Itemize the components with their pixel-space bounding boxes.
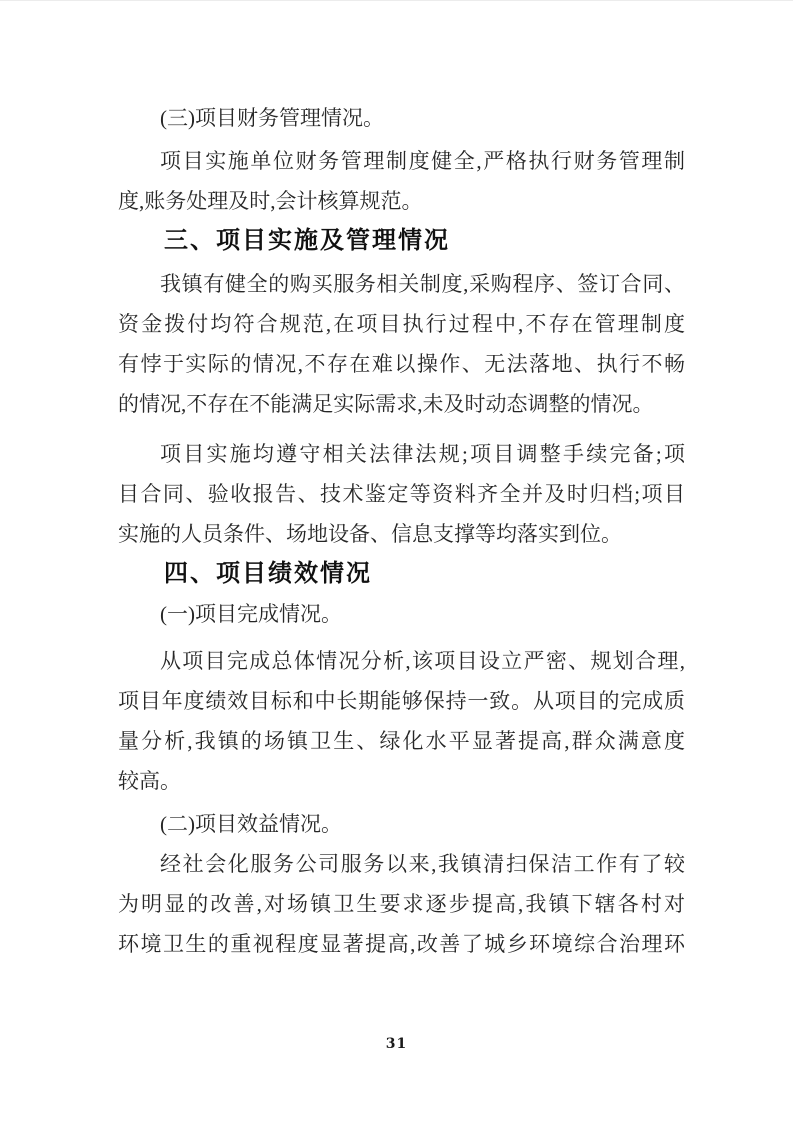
text-line: 量分析,我镇的场镇卫生、绿化水平显著提高,群众满意度 bbox=[118, 721, 685, 761]
text-line: 项目实施均遵守相关法律法规;项目调整手续完备;项 bbox=[118, 434, 685, 474]
text-line: 项目年度绩效目标和中长期能够保持一致。从项目的完成质 bbox=[118, 681, 685, 721]
text-line: 资金拨付均符合规范,在项目执行过程中,不存在管理制度 bbox=[118, 304, 685, 344]
text-line: 有悖于实际的情况,不存在难以操作、无法落地、执行不畅 bbox=[118, 344, 685, 384]
text-line: 我镇有健全的购买服务相关制度,采购程序、签订合同、 bbox=[118, 264, 685, 304]
document-content: (三)项目财务管理情况。项目实施单位财务管理制度健全,严格执行财务管理制度,账务… bbox=[118, 98, 685, 964]
paragraph: (二)项目效益情况。 bbox=[118, 804, 685, 844]
text-line: 从项目完成总体情况分析,该项目设立严密、规划合理, bbox=[118, 641, 685, 681]
section-heading: 三、项目实施及管理情况 bbox=[118, 221, 685, 261]
document-page: (三)项目财务管理情况。项目实施单位财务管理制度健全,严格执行财务管理制度,账务… bbox=[0, 0, 793, 1122]
text-line: 目合同、验收报告、技术鉴定等资料齐全并及时归档;项目 bbox=[118, 474, 685, 514]
section-heading: 四、项目绩效情况 bbox=[118, 554, 685, 594]
text-line: (一)项目完成情况。 bbox=[118, 594, 685, 634]
paragraph: 项目实施均遵守相关法律法规;项目调整手续完备;项目合同、验收报告、技术鉴定等资料… bbox=[118, 434, 685, 554]
text-line: 较高。 bbox=[118, 761, 685, 801]
text-line: 环境卫生的重视程度显著提高,改善了城乡环境综合治理环 bbox=[118, 924, 685, 964]
text-line: 的情况,不存在不能满足实际需求,未及时动态调整的情况。 bbox=[118, 384, 685, 424]
text-line: 实施的人员条件、场地设备、信息支撑等均落实到位。 bbox=[118, 514, 685, 554]
paragraph: 经社会化服务公司服务以来,我镇清扫保洁工作有了较为明显的改善,对场镇卫生要求逐步… bbox=[118, 844, 685, 964]
text-line: 度,账务处理及时,会计核算规范。 bbox=[118, 181, 685, 221]
page-number: 31 bbox=[0, 1036, 793, 1052]
paragraph: (三)项目财务管理情况。 bbox=[118, 98, 685, 138]
paragraph: (一)项目完成情况。 bbox=[118, 594, 685, 634]
text-line: 经社会化服务公司服务以来,我镇清扫保洁工作有了较 bbox=[118, 844, 685, 884]
heading-line: 四、项目绩效情况 bbox=[118, 554, 685, 594]
paragraph: 我镇有健全的购买服务相关制度,采购程序、签订合同、资金拨付均符合规范,在项目执行… bbox=[118, 264, 685, 424]
paragraph: 从项目完成总体情况分析,该项目设立严密、规划合理,项目年度绩效目标和中长期能够保… bbox=[118, 641, 685, 801]
paragraph: 项目实施单位财务管理制度健全,严格执行财务管理制度,账务处理及时,会计核算规范。 bbox=[118, 141, 685, 221]
text-line: 项目实施单位财务管理制度健全,严格执行财务管理制 bbox=[118, 141, 685, 181]
text-line: (三)项目财务管理情况。 bbox=[118, 98, 685, 138]
heading-line: 三、项目实施及管理情况 bbox=[118, 221, 685, 261]
text-line: 为明显的改善,对场镇卫生要求逐步提高,我镇下辖各村对 bbox=[118, 884, 685, 924]
text-line: (二)项目效益情况。 bbox=[118, 804, 685, 844]
